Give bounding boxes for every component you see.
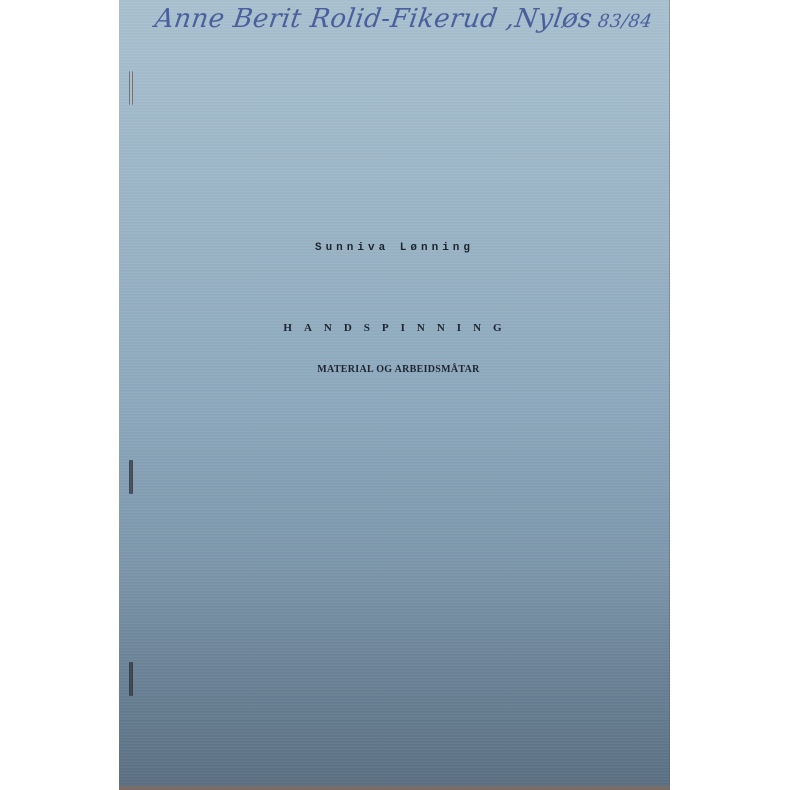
staple-icon (129, 662, 133, 696)
staple-icon (129, 71, 133, 105)
handwritten-inscription: Anne Berit Rolid-Fikerud ,Nyløs83/84 (153, 4, 637, 34)
staple-icon (129, 460, 133, 494)
book-subtitle: MATERIAL OG ARBEIDSMÅTAR (119, 364, 670, 375)
cover-bottom-edge (119, 786, 670, 790)
inscription-name: Anne Berit Rolid-Fikerud ,Nyløs (153, 4, 594, 34)
inscription-year: 83/84 (596, 11, 653, 32)
book-title: HANDSPINNING (119, 322, 670, 334)
booklet-cover (119, 0, 670, 789)
author-name: Sunniva Lønning (119, 242, 670, 254)
